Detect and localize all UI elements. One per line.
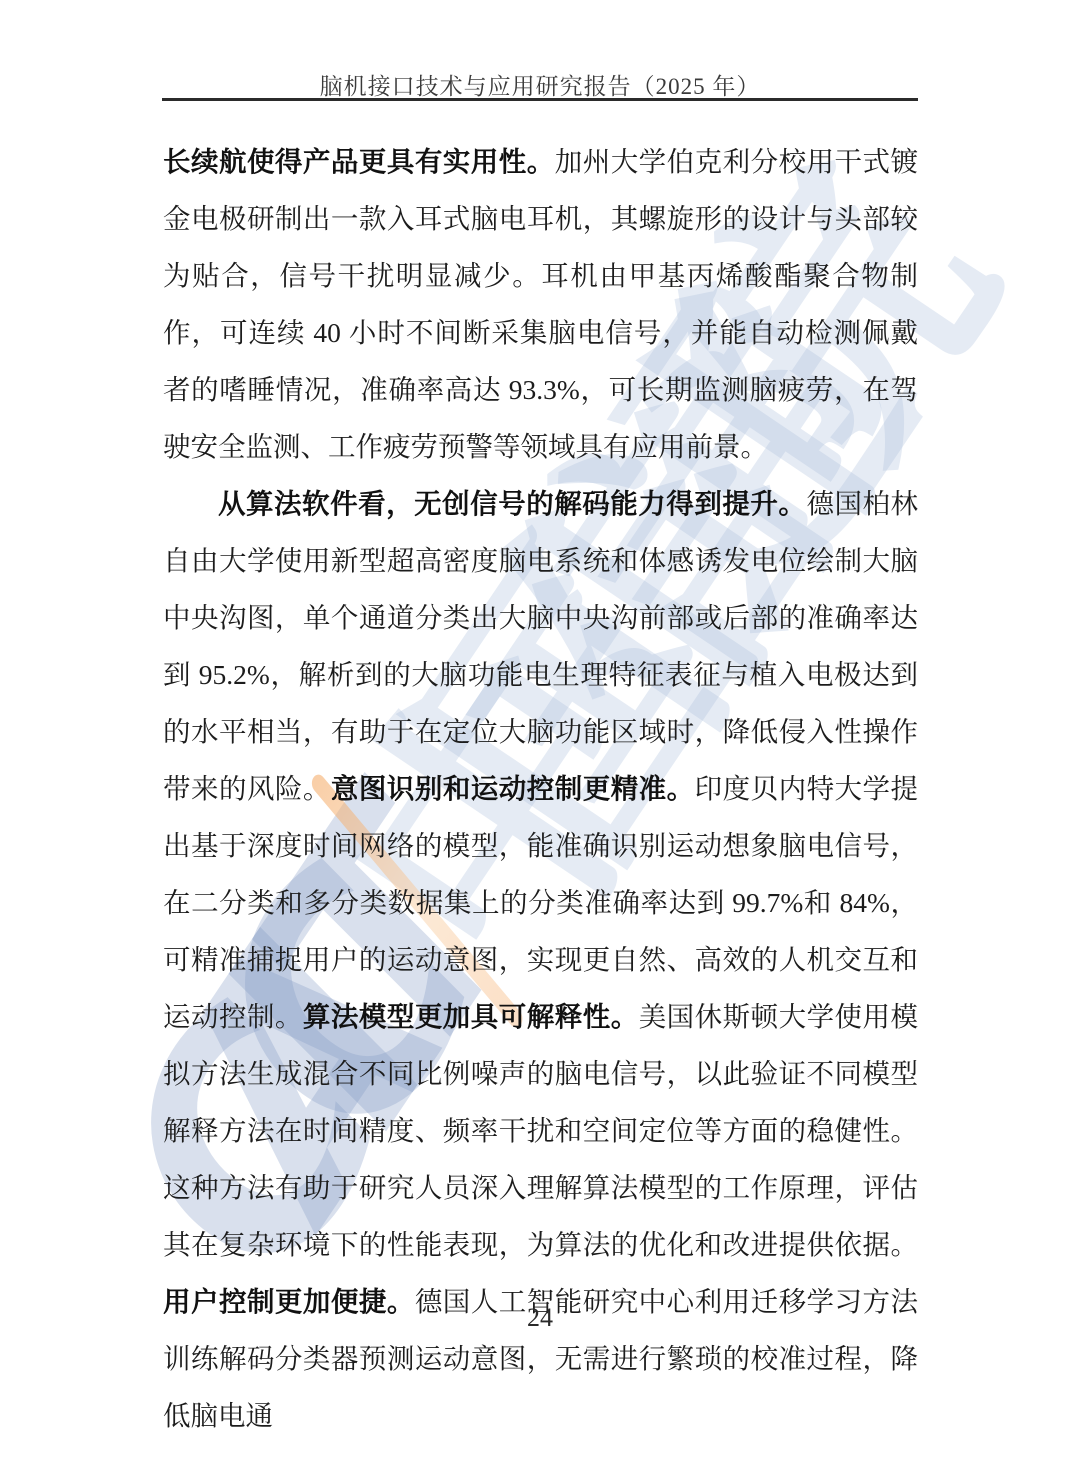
page-header-title: 脑机接口技术与应用研究报告（2025 年） [162, 68, 918, 101]
text-run: 印度贝内特大学提出基于深度时间网络的模型，能准确识别运动想象脑电信号，在二分类和… [163, 773, 918, 1032]
header-rule [162, 98, 918, 101]
report-page: 脑机接口技术与应用研究报告（2025 年） CAICT 中国信通院 长续航使得产… [0, 0, 1080, 1466]
body-text: 长续航使得产品更具有实用性。加州大学伯克利分校用干式镀金电极研制出一款入耳式脑电… [163, 133, 918, 1444]
text-run: 美国休斯顿大学使用模拟方法生成混合不同比例噪声的脑电信号，以此验证不同模型解释方… [163, 1001, 918, 1260]
emphasis-run: 意图识别和运动控制更精准。 [331, 773, 695, 804]
emphasis-run: 算法模型更加具可解释性。 [303, 1001, 639, 1032]
page-number: 24 [0, 1303, 1080, 1333]
text-run: 德国柏林自由大学使用新型超高密度脑电系统和体感诱发电位绘制大脑中央沟图，单个通道… [163, 488, 918, 804]
emphasis-run: 长续航使得产品更具有实用性。 [163, 146, 555, 177]
paragraph: 长续航使得产品更具有实用性。加州大学伯克利分校用干式镀金电极研制出一款入耳式脑电… [163, 133, 918, 475]
text-run: 加州大学伯克利分校用干式镀金电极研制出一款入耳式脑电耳机，其螺旋形的设计与头部较… [163, 146, 918, 462]
paragraph: 从算法软件看，无创信号的解码能力得到提升。德国柏林自由大学使用新型超高密度脑电系… [163, 475, 918, 1444]
emphasis-run: 从算法软件看，无创信号的解码能力得到提升。 [218, 488, 806, 519]
